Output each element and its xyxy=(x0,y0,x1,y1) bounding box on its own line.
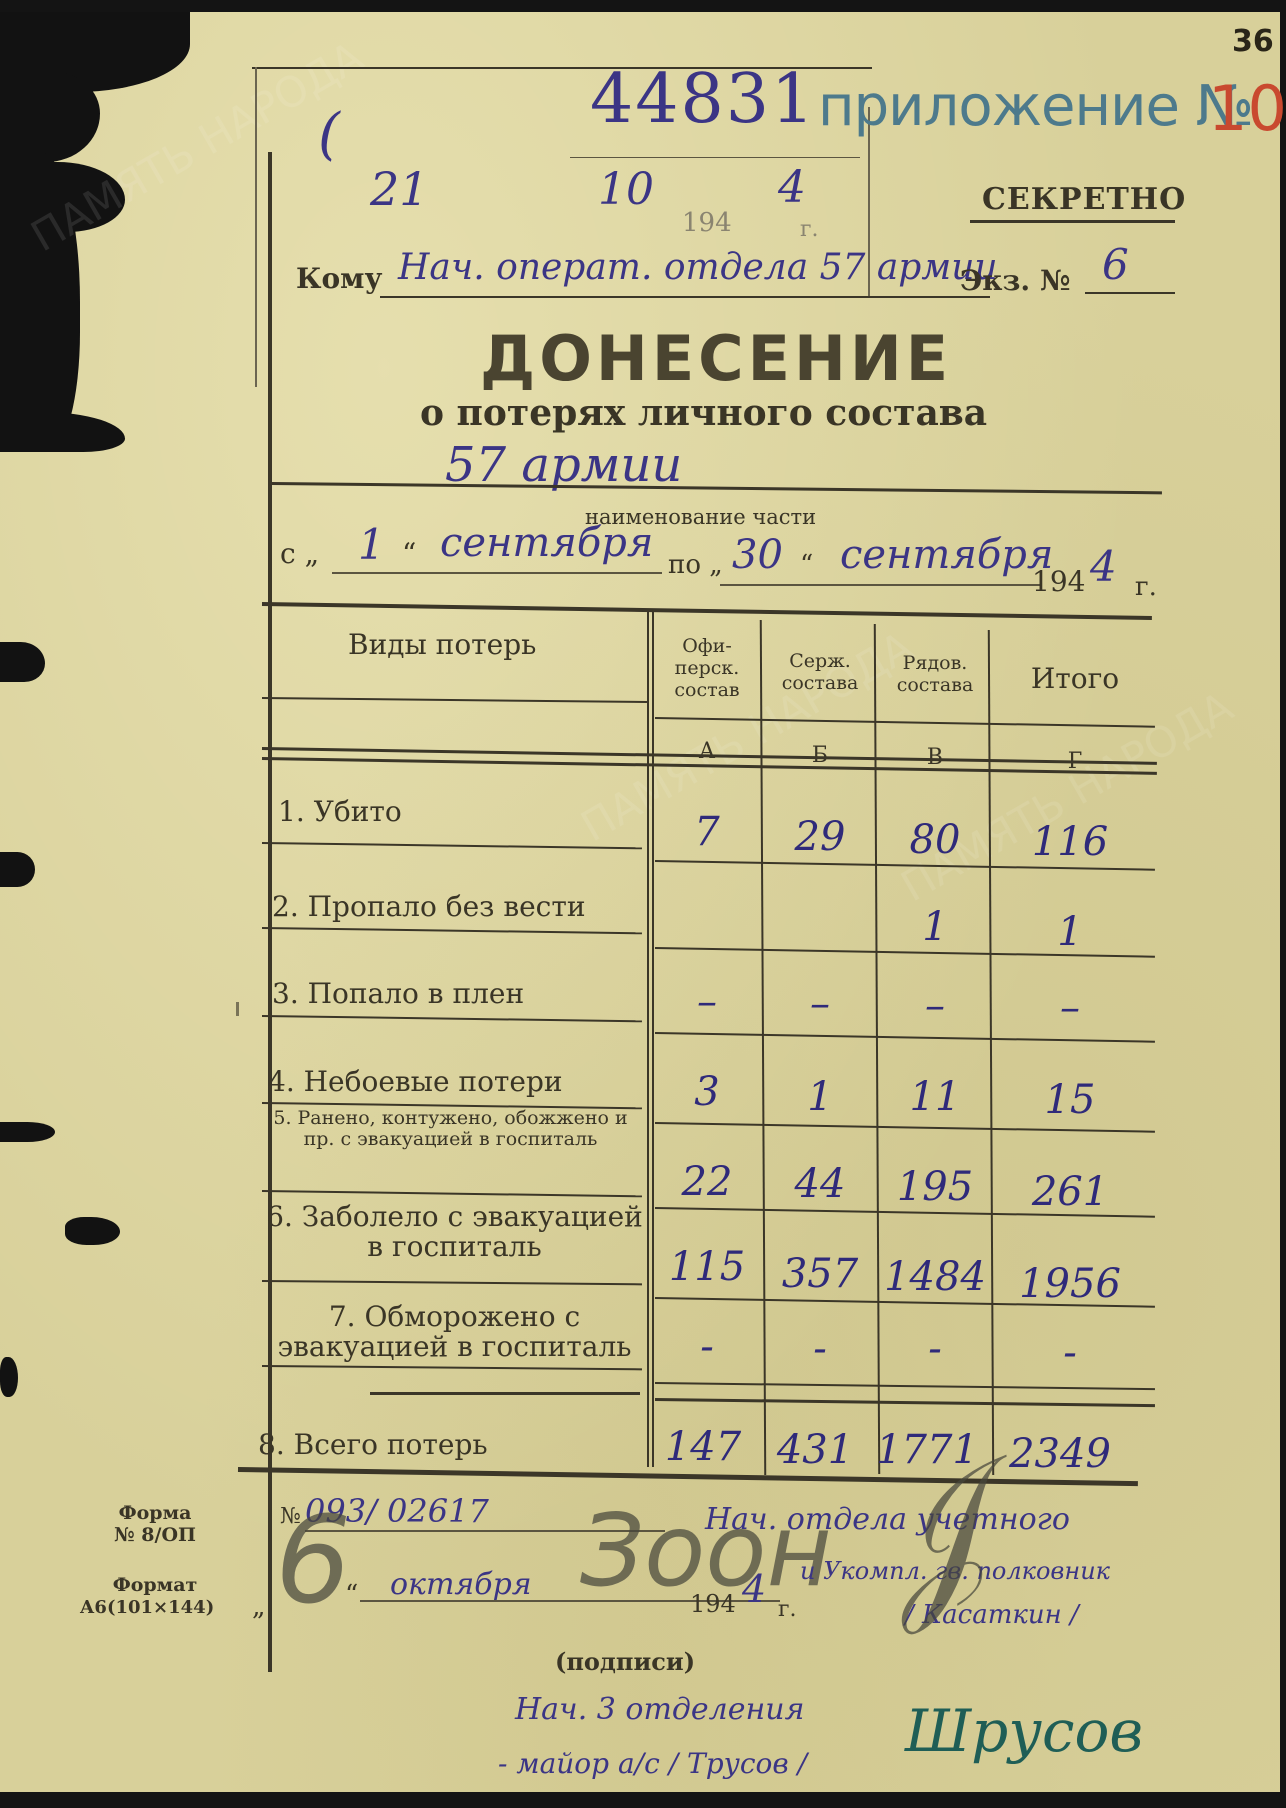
row-label-sick: 6. Заболело с эвакуацией в госпиталь xyxy=(262,1202,647,1262)
copy-value: 6 xyxy=(1102,240,1129,289)
row-label-noncombat: 4. Небоевые потери xyxy=(268,1067,563,1097)
stamp-bracket: ( xyxy=(318,102,340,167)
column-divider xyxy=(647,612,649,1467)
torn-edge xyxy=(0,1357,18,1397)
date-quote: “ xyxy=(345,1580,358,1610)
secrecy-label: СЕКРЕТНО xyxy=(982,182,1186,217)
row-label-frostbite: 7. Обморожено с эвакуацией в госпиталь xyxy=(262,1302,647,1362)
period-year-suffix: г. xyxy=(1135,572,1157,602)
recipient-label: Кому xyxy=(296,262,382,295)
cell-missing-privates: 1 xyxy=(880,897,990,957)
period-to-day: 30 xyxy=(732,532,783,578)
cell-wounded-sergeants: 44 xyxy=(765,1154,875,1214)
torn-edge xyxy=(0,1122,55,1142)
period-from-quote: “ xyxy=(402,537,416,570)
cell-killed-officers: 7 xyxy=(652,802,762,862)
torn-edge xyxy=(0,642,45,682)
cell-captured-officers: – xyxy=(652,972,762,1032)
document-paper: ПАМЯТЬ НАРОДА ПАМЯТЬ НАРОДА ПАМЯТЬ НАРОД… xyxy=(0,12,1280,1792)
archive-number: 44831 xyxy=(590,60,816,139)
period-from-underline xyxy=(332,572,662,574)
row-rule xyxy=(655,1382,1155,1390)
row-rule xyxy=(262,1190,642,1197)
row-rule xyxy=(262,842,642,849)
date-day: 6 xyxy=(275,1492,351,1631)
stamp-printed-year: 194 xyxy=(682,208,732,238)
recipient-value: Нач. операт. отдела 57 армии xyxy=(398,247,998,288)
total-double-rule xyxy=(655,1398,1155,1407)
cell-frostbite-total: - xyxy=(995,1328,1145,1378)
stamp-day: 21 xyxy=(370,162,429,216)
format-value: А6(101×144) xyxy=(62,1597,232,1619)
cell-sick-officers: 115 xyxy=(652,1237,762,1297)
row-label-total: 8. Всего потерь xyxy=(258,1430,488,1460)
document-subtitle: о потерях личного состава xyxy=(420,392,987,434)
torn-edge xyxy=(0,72,100,162)
signatures-caption: (подписи) xyxy=(555,1647,695,1676)
row-label-wounded: 5. Ранено, контужено, обожжено и пр. с э… xyxy=(258,1108,643,1150)
column-header-sergeants: Серж. состава xyxy=(765,632,875,712)
torn-edge xyxy=(0,412,125,452)
cell-captured-privates: – xyxy=(880,976,990,1036)
appendix-number: 10 xyxy=(1208,72,1286,145)
cell-frostbite-privates: - xyxy=(880,1324,990,1374)
cell-sick-sergeants: 357 xyxy=(765,1244,875,1304)
cell-captured-sergeants: – xyxy=(765,974,875,1034)
cell-noncombat-officers: 3 xyxy=(652,1062,762,1122)
appendix-label: приложение № xyxy=(818,74,1253,139)
document-title: ДОНЕСЕНИЕ xyxy=(480,322,950,395)
stamp-line xyxy=(570,157,860,158)
scratch-mark xyxy=(236,1002,239,1016)
row-label-killed: 1. Убито xyxy=(278,797,402,827)
period-year-printed: 194 xyxy=(1032,565,1085,598)
period-from-prefix: с „ xyxy=(280,537,319,570)
column-header-total: Итого xyxy=(995,634,1155,724)
cell-noncombat-sergeants: 1 xyxy=(765,1067,875,1127)
cell-killed-sergeants: 29 xyxy=(765,807,875,867)
secrecy-underline xyxy=(970,220,1175,223)
row-rule xyxy=(262,1015,642,1022)
cell-wounded-officers: 22 xyxy=(652,1152,762,1212)
cell-killed-privates: 80 xyxy=(880,810,990,870)
stamp-month: 10 xyxy=(598,164,654,215)
period-to-month: сентября xyxy=(840,532,1053,578)
cell-wounded-privates: 195 xyxy=(880,1157,990,1217)
cell-killed-total: 116 xyxy=(995,812,1145,872)
cell-sick-privates: 1484 xyxy=(880,1247,990,1307)
period-from-day: 1 xyxy=(358,520,385,569)
row-rule xyxy=(262,1365,642,1370)
page-number: 36 xyxy=(1232,24,1274,59)
torn-edge xyxy=(0,852,35,887)
column-header-officers: Офи- перск. состав xyxy=(652,618,762,718)
stamp-box-left xyxy=(255,67,257,387)
period-to-prefix: по „ xyxy=(668,550,723,580)
table-header-label: Виды потерь xyxy=(348,628,536,661)
date-prefix: „ xyxy=(252,1592,265,1622)
row-label-captured: 3. Попало в плен xyxy=(272,979,524,1009)
total-double-rule xyxy=(370,1392,640,1395)
cell-total-grand: 2349 xyxy=(985,1424,1135,1484)
format-label: Формат xyxy=(90,1574,220,1596)
cell-noncombat-privates: 11 xyxy=(880,1067,990,1127)
header-subrule xyxy=(262,697,647,703)
stamp-year: 4 xyxy=(778,162,806,213)
form-label: Форма xyxy=(95,1502,215,1524)
column-header-privates: Рядов. состава xyxy=(880,634,990,714)
period-to-underline xyxy=(720,584,1040,586)
cell-noncombat-total: 15 xyxy=(995,1070,1145,1130)
period-year-hand: 4 xyxy=(1090,542,1117,591)
punch-hole xyxy=(65,1217,120,1245)
row-label-missing: 2. Пропало без вести xyxy=(272,892,585,922)
unit-underline xyxy=(272,482,1162,494)
signer2-name: - майор а/с / Трусов / xyxy=(498,1747,807,1780)
cell-frostbite-sergeants: - xyxy=(765,1324,875,1374)
recipient-underline xyxy=(380,296,990,298)
row-rule xyxy=(262,1280,642,1285)
signer2-title: Нач. 3 отделения xyxy=(515,1692,804,1727)
date-month: октября xyxy=(390,1567,532,1602)
copy-label: Экз. № xyxy=(960,264,1070,297)
period-from-month: сентября xyxy=(440,520,653,566)
period-to-quote: “ xyxy=(800,550,813,580)
row-rule xyxy=(262,927,642,934)
cell-total-sergeants: 431 xyxy=(760,1420,870,1480)
cell-frostbite-officers: - xyxy=(652,1322,762,1372)
cell-captured-total: – xyxy=(995,978,1145,1038)
copy-underline xyxy=(1085,292,1175,294)
stamp-printed-year-suffix: г. xyxy=(800,217,819,242)
cell-total-officers: 147 xyxy=(648,1417,758,1477)
signature-green: Шрусов xyxy=(905,1697,1143,1765)
form-number: № 8/ОП xyxy=(90,1524,220,1546)
